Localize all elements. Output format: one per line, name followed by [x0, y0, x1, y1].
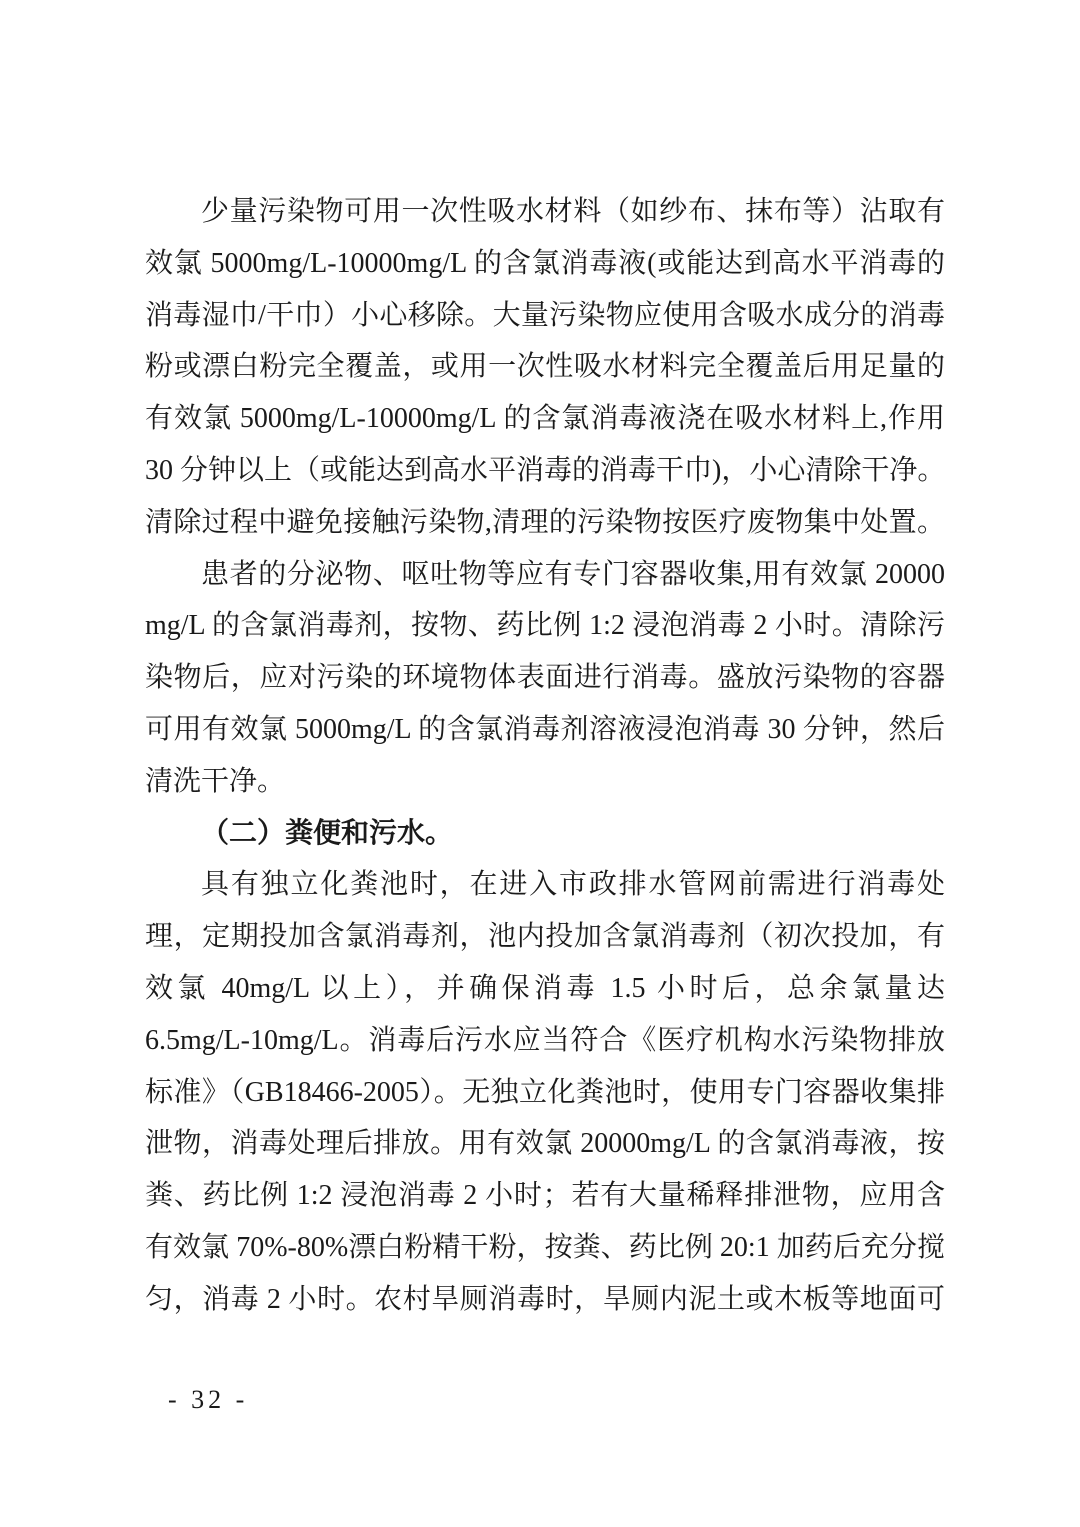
- text-line: 匀，消毒 2 小时。农村旱厕消毒时，旱厕内泥土或木板等地面可: [145, 1274, 945, 1326]
- text-line: 患者的分泌物、呕吐物等应有专门容器收集,用有效氯 20000: [145, 549, 945, 601]
- text-line: 标准》（GB18466-2005）。无独立化粪池时，使用专门容器收集排: [145, 1067, 945, 1119]
- text-line: 效氯 5000mg/L-10000mg/L 的含氯消毒液(或能达到高水平消毒的: [145, 238, 945, 290]
- text-line: 粉或漂白粉完全覆盖，或用一次性吸水材料完全覆盖后用足量的: [145, 341, 945, 393]
- text-line: 具有独立化粪池时，在进入市政排水管网前需进行消毒处: [145, 859, 945, 911]
- text-line: 效氯 40mg/L 以上），并确保消毒 1.5 小时后，总余氯量达: [145, 963, 945, 1015]
- document-body: 少量污染物可用一次性吸水材料（如纱布、抹布等）沾取有 效氯 5000mg/L-1…: [145, 186, 945, 1326]
- document-page: 少量污染物可用一次性吸水材料（如纱布、抹布等）沾取有 效氯 5000mg/L-1…: [0, 0, 1080, 1527]
- text-line: 泄物，消毒处理后排放。用有效氯 20000mg/L 的含氯消毒液，按: [145, 1118, 945, 1170]
- text-line: 清洗干净。: [145, 756, 945, 808]
- text-line: 清除过程中避免接触污染物,清理的污染物按医疗废物集中处置。: [145, 497, 945, 549]
- text-line: 粪、药比例 1:2 浸泡消毒 2 小时；若有大量稀释排泄物，应用含: [145, 1170, 945, 1222]
- text-line: mg/L 的含氯消毒剂，按物、药比例 1:2 浸泡消毒 2 小时。清除污: [145, 600, 945, 652]
- section-heading: （二）粪便和污水。: [145, 808, 945, 860]
- text-line: 可用有效氯 5000mg/L 的含氯消毒剂溶液浸泡消毒 30 分钟，然后: [145, 704, 945, 756]
- text-line: 30 分钟以上（或能达到高水平消毒的消毒干巾)，小心清除干净。: [145, 445, 945, 497]
- text-line: 有效氯 70%-80%漂白粉精干粉，按粪、药比例 20:1 加药后充分搅: [145, 1222, 945, 1274]
- text-line: 少量污染物可用一次性吸水材料（如纱布、抹布等）沾取有: [145, 186, 945, 238]
- text-line: 有效氯 5000mg/L-10000mg/L 的含氯消毒液浇在吸水材料上,作用: [145, 393, 945, 445]
- text-line: 消毒湿巾/干巾）小心移除。大量污染物应使用含吸水成分的消毒: [145, 290, 945, 342]
- text-line: 6.5mg/L-10mg/L。消毒后污水应当符合《医疗机构水污染物排放: [145, 1015, 945, 1067]
- page-number: - 32 -: [168, 1384, 248, 1416]
- text-line: 染物后，应对污染的环境物体表面进行消毒。盛放污染物的容器: [145, 652, 945, 704]
- text-line: 理，定期投加含氯消毒剂，池内投加含氯消毒剂（初次投加，有: [145, 911, 945, 963]
